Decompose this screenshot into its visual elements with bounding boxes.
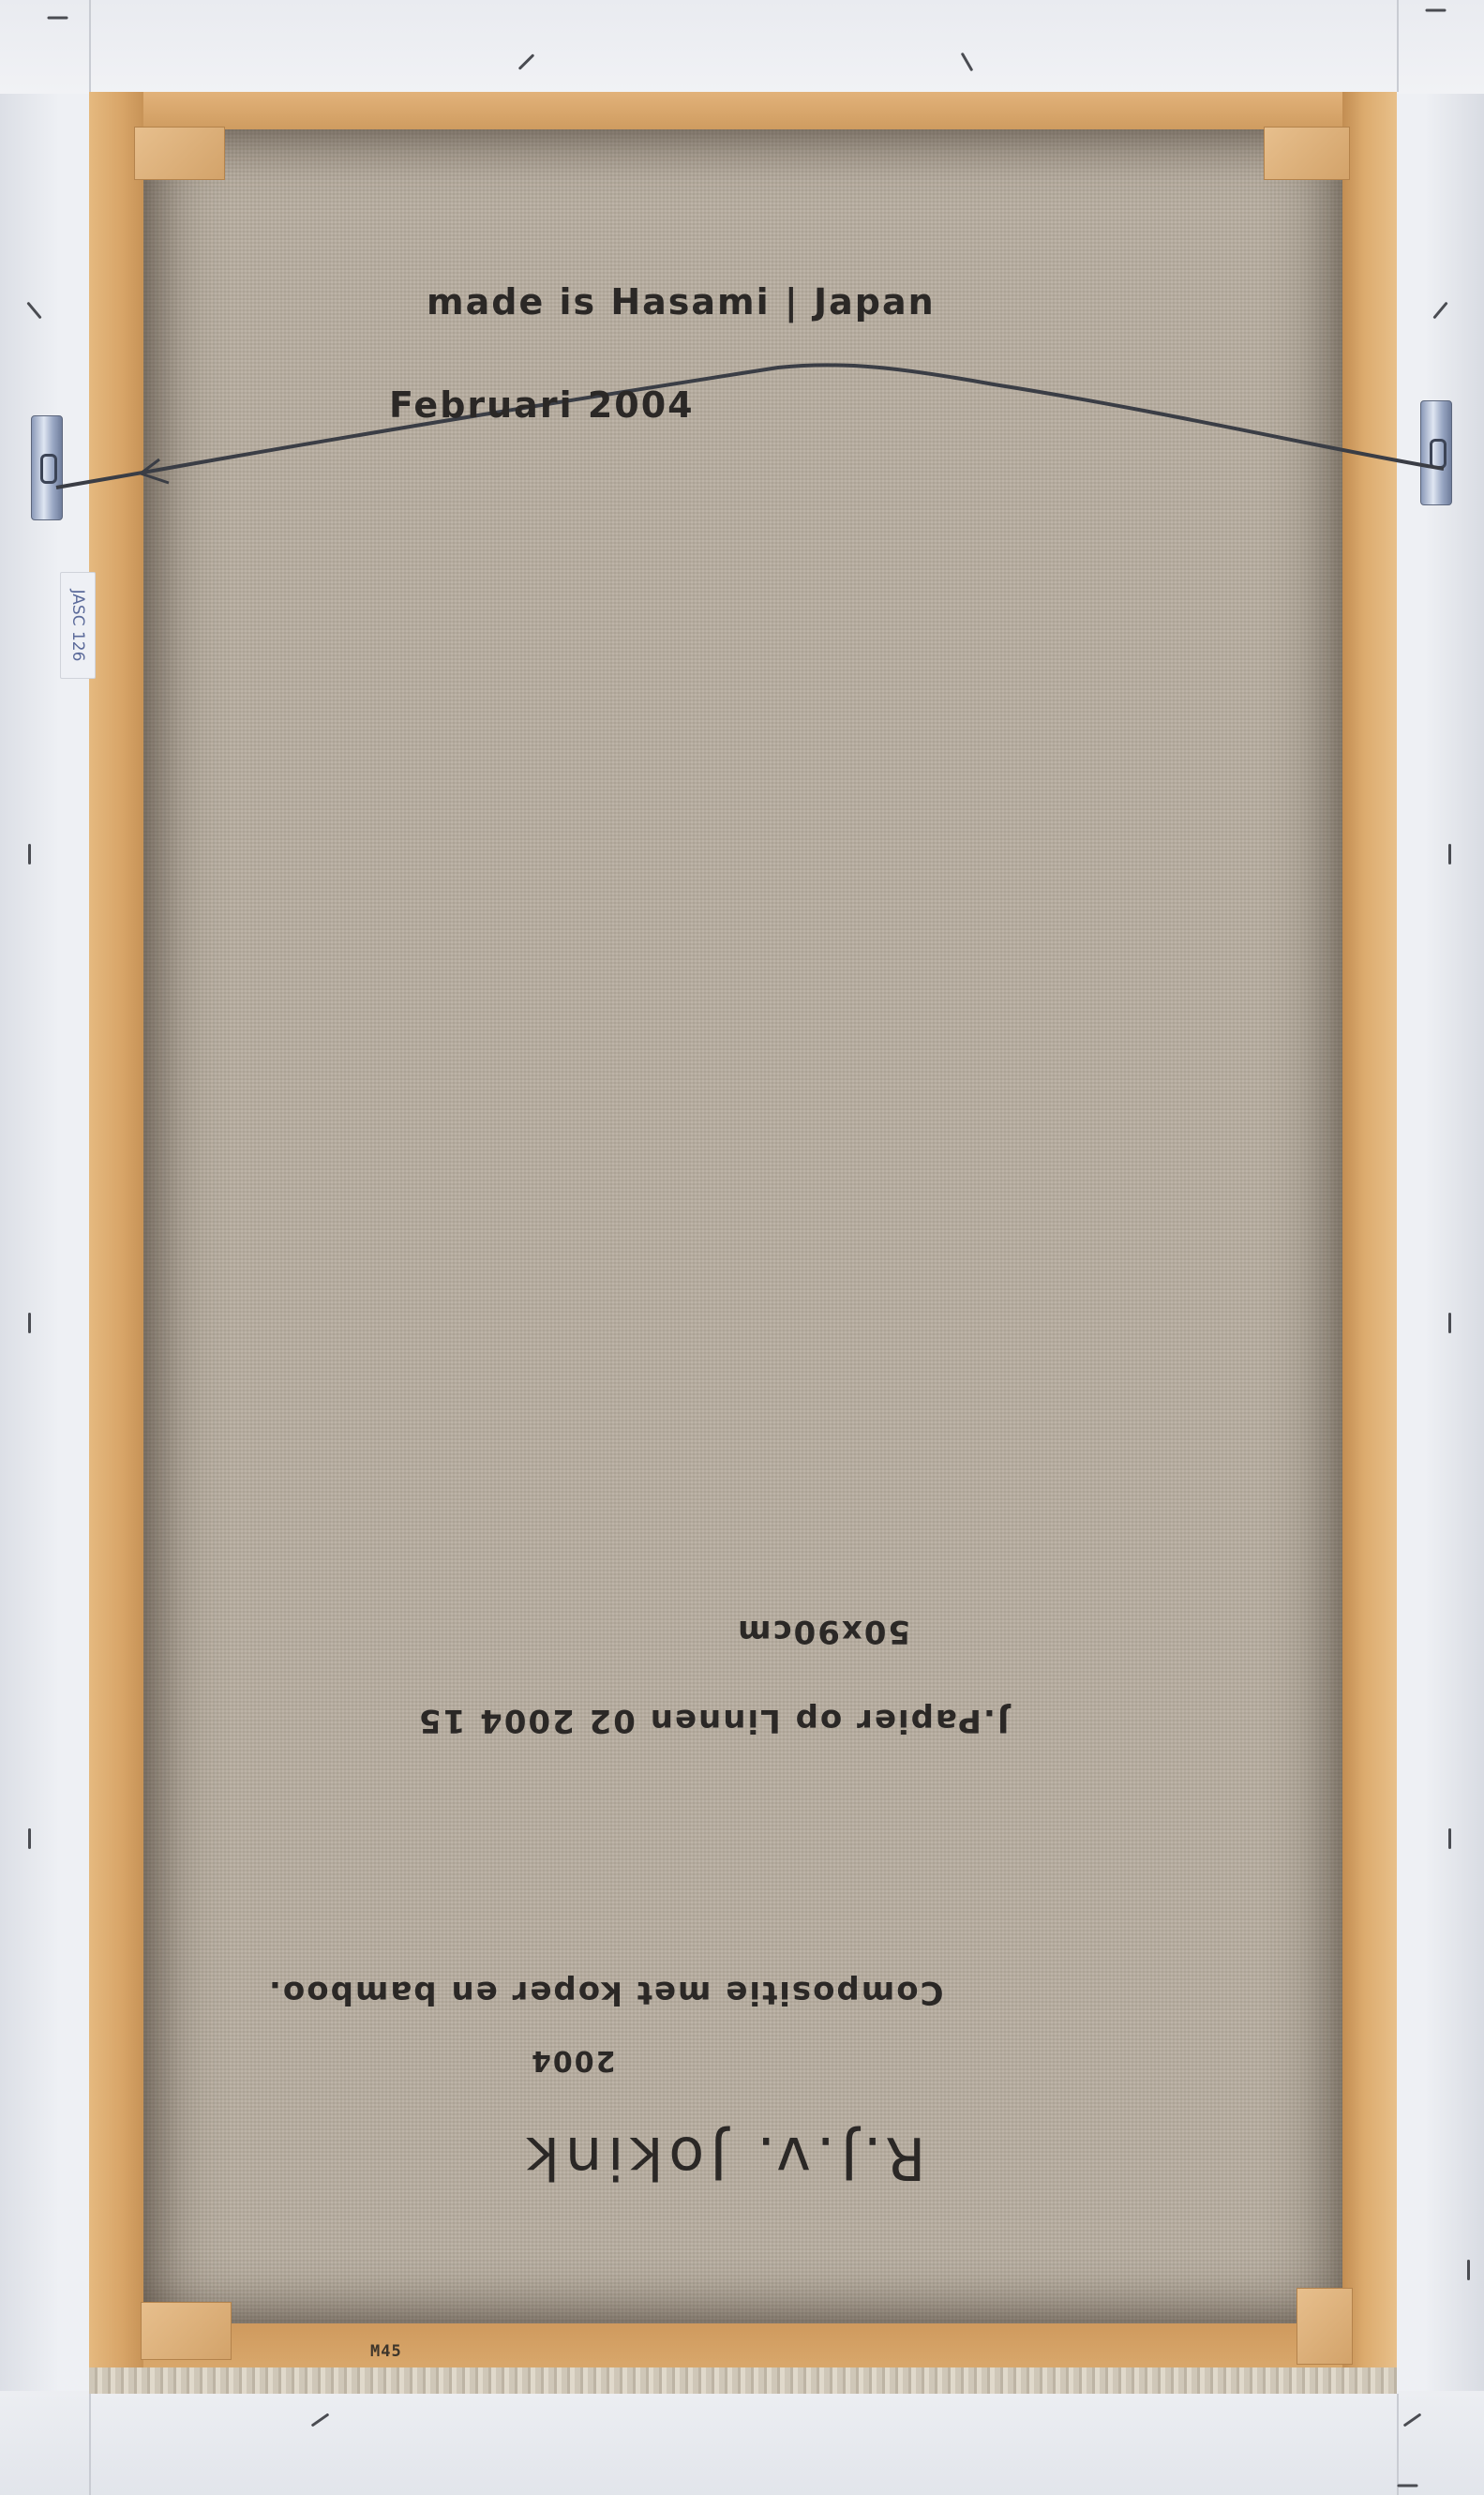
stretcher-bar-left [89, 92, 143, 2394]
corner-fold [89, 0, 91, 92]
inscription-origin: made is Hasami | Japan [427, 281, 936, 323]
staple [1448, 844, 1451, 864]
staple [28, 1313, 31, 1333]
corner-fold [89, 2394, 91, 2495]
corner-key [134, 127, 225, 180]
stretcher-bar-right [1342, 92, 1397, 2394]
corner-key [141, 2302, 232, 2360]
inscription-title: Compositie met koper en bamboo. [267, 1974, 944, 2011]
stretcher-stamp: M45 [370, 2342, 402, 2361]
canvas-wrap-top [0, 0, 1484, 94]
corner-fold [1397, 2394, 1399, 2495]
inscription-medium: J.Papier op Linnen 02 2004 15 [417, 1702, 1009, 1739]
inventory-tag: JASC 126 [60, 572, 96, 679]
staple [48, 17, 68, 20]
staple [1467, 2260, 1470, 2280]
staple [28, 1828, 31, 1849]
staple [1398, 2485, 1418, 2487]
corner-key [1297, 2288, 1353, 2365]
stretcher-bar-bottom [89, 2323, 1397, 2370]
linen-frayed-edge [89, 2367, 1397, 2394]
inscription-dimensions: 50x90cm [736, 1613, 910, 1650]
staple [1426, 9, 1447, 12]
staple [28, 844, 31, 864]
inscription-year: 2004 [530, 2044, 616, 2077]
stretcher-bar-top [89, 92, 1397, 129]
inventory-tag-text: JASC 126 [68, 590, 87, 662]
inscription-date: Februari 2004 [389, 384, 695, 426]
staple [1448, 1313, 1451, 1333]
inscription-signature: R.J.v. Jokink [520, 2124, 925, 2192]
staple [1448, 1828, 1451, 1849]
hanging-bracket-left-icon [31, 415, 63, 520]
corner-fold [1397, 0, 1399, 92]
hanging-bracket-right-icon [1420, 400, 1452, 505]
corner-key [1264, 127, 1350, 180]
canvas-wrap-bottom [0, 2391, 1484, 2495]
